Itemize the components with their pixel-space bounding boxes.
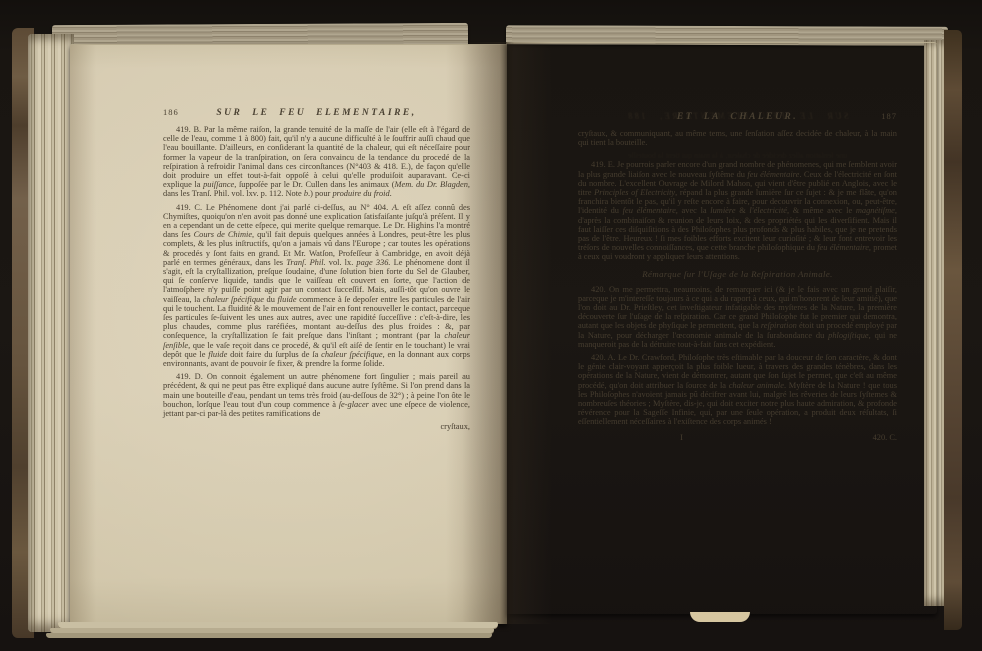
book-cover-edge-right	[944, 30, 962, 630]
left-catchword: cryſtaux,	[163, 422, 470, 431]
left-running-head: 186 SUR LE FEU ELEMENTAIRE,	[163, 107, 470, 118]
left-running-title: SUR LE FEU ELEMENTAIRE,	[197, 108, 436, 118]
left-page: 186 SUR LE FEU ELEMENTAIRE, 419. B. Par …	[70, 44, 507, 624]
body-paragraph: 419. C. Le Phénomene dont j'ai parlé ci-…	[163, 203, 470, 369]
right-catchword: 420. C.	[873, 433, 897, 442]
bottom-page-edges-3	[46, 633, 492, 638]
bleedthrough-line: une ſenſation aſſez decidée de chaleur, …	[578, 151, 897, 159]
body-paragraph: 419. E. Je pourrois parler encore d'un g…	[578, 160, 897, 261]
right-page-footer: I 420. C.	[578, 433, 897, 445]
body-paragraph: 420. A. Le Dr. Crawford, Philoſophe très…	[578, 353, 897, 427]
body-paragraph: 420. On me permettra, neaumoins, de rema…	[578, 285, 897, 349]
page-stack-left	[28, 34, 74, 632]
right-page-number: 187	[863, 111, 897, 121]
left-page-text: 186 SUR LE FEU ELEMENTAIRE, 419. B. Par …	[163, 107, 470, 432]
section-heading: Rémarque ſur l'Uſage de la Reſpiration A…	[578, 269, 897, 279]
right-running-title-text: ET LA CHALEUR.	[677, 112, 798, 122]
right-page-text: SUR LE FEU ELEMENTAIRE, 188 ET LA CHALEU…	[578, 111, 897, 445]
signature-mark: I	[680, 433, 683, 442]
right-page-body: cryſtaux, & communiquant, au même tems, …	[578, 129, 897, 427]
body-paragraph: 419. D. On connoit également un autre ph…	[163, 372, 470, 418]
right-running-title: SUR LE FEU ELEMENTAIRE, 188 ET LA CHALEU…	[612, 112, 863, 122]
book-scan: 186 SUR LE FEU ELEMENTAIRE, 419. B. Par …	[0, 0, 982, 651]
right-page: SUR LE FEU ELEMENTAIRE, 188 ET LA CHALEU…	[507, 42, 937, 614]
body-paragraph: cryſtaux, & communiquant, au même tems, …	[578, 129, 897, 147]
body-paragraph: 419. B. Par la même raiſon, la grande te…	[163, 125, 470, 199]
left-page-number: 186	[163, 107, 197, 117]
left-page-body: 419. B. Par la même raiſon, la grande te…	[163, 125, 470, 418]
right-running-head: SUR LE FEU ELEMENTAIRE, 188 ET LA CHALEU…	[578, 111, 897, 122]
bottom-page-edge-tab	[690, 612, 750, 622]
